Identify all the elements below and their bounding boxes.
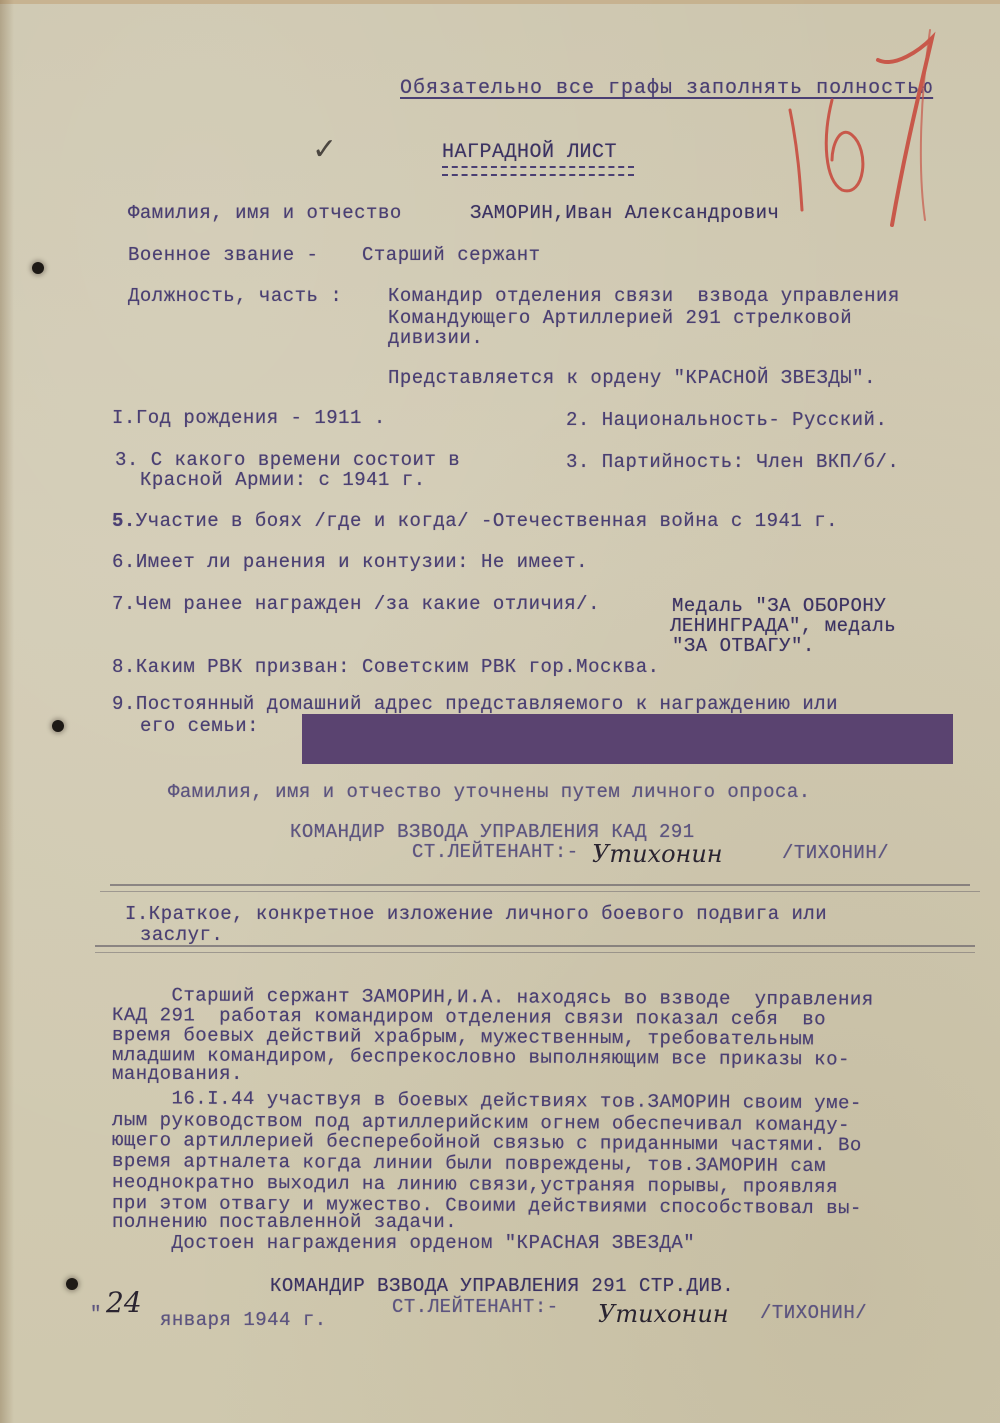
narrative-line: Достоен награждения орденом "КРАСНАЯ ЗВЕ… bbox=[112, 1233, 695, 1254]
item-text: Каким РВК призван: Советским РВК гор.Мос… bbox=[136, 656, 660, 678]
item-7-awards-line-2: ЛЕНИНГРАДА", медаль bbox=[670, 616, 896, 637]
position-label: Должность, часть : bbox=[128, 286, 342, 307]
date-open-quote: " bbox=[90, 1304, 102, 1325]
date-day-handwritten: 24 bbox=[106, 1286, 142, 1319]
red-pencil-number-annotation bbox=[770, 20, 970, 240]
item-number: 5. bbox=[112, 510, 136, 532]
item-number: 7. bbox=[112, 593, 136, 615]
item-text: Чем ранее награжден /за какие отличия/. bbox=[136, 593, 600, 615]
item-6: 6.Имеет ли ранения и контузии: Не имеет. bbox=[112, 552, 588, 573]
page-title: НАГРАДНОЙ ЛИСТ bbox=[442, 142, 617, 163]
item-number: 6. bbox=[112, 551, 136, 573]
divider-line bbox=[95, 945, 975, 947]
item-number: 3. bbox=[115, 449, 139, 471]
item-9-line-2: его семьи: bbox=[140, 716, 259, 737]
rank-label: Военное звание - bbox=[128, 245, 318, 266]
narrative-line: полнению поставленной задачи. bbox=[112, 1212, 457, 1233]
punch-hole bbox=[32, 262, 44, 274]
fio-label: Фамилия, имя и отчество bbox=[128, 203, 402, 224]
item-text: Имеет ли ранения и контузии: Не имеет. bbox=[136, 551, 588, 573]
item-text: Постоянный домашний адрес представляемог… bbox=[136, 693, 838, 715]
position-line-1: Командир отделения связи взвода управлен… bbox=[388, 286, 900, 307]
signature2-handwritten: Утихонин bbox=[598, 1300, 729, 1328]
item-7: 7.Чем ранее награжден /за какие отличия/… bbox=[112, 594, 600, 615]
item-3-service-line-1: 3. С какого времени состоит в bbox=[115, 450, 460, 471]
signature2-name: /ТИХОНИН/ bbox=[760, 1303, 867, 1324]
signature1-name: /ТИХОНИН/ bbox=[782, 843, 889, 864]
nominated-for: Представляется к ордену "КРАСНОЙ ЗВЕЗДЫ"… bbox=[388, 368, 876, 389]
item-text: С какого времени состоит в bbox=[151, 449, 460, 471]
item-2: 2. Национальность- Русский. bbox=[566, 410, 887, 431]
item-1: I.Год рождения - 1911 . bbox=[112, 408, 386, 429]
item-5: 5.Участие в боях /где и когда/ -Отечеств… bbox=[112, 511, 838, 532]
divider-line bbox=[110, 884, 970, 886]
date-month-year: января 1944 г. bbox=[160, 1310, 327, 1331]
fio-value: ЗАМОРИН,Иван Александрович bbox=[470, 203, 779, 224]
title-double-underline bbox=[442, 166, 634, 176]
item-number: 2. bbox=[566, 409, 590, 431]
item-3-service-line-2: Красной Армии: с 1941 г. bbox=[140, 470, 426, 491]
punch-hole bbox=[52, 720, 64, 732]
item-number: I. bbox=[112, 407, 136, 429]
section-heading-line-1: I.Краткое, конкретное изложение личного … bbox=[125, 904, 827, 925]
item-3-party: 3. Партийность: Член ВКП/б/. bbox=[566, 452, 899, 473]
rank-value: Старший сержант bbox=[362, 245, 541, 266]
signature2-title-line-1: КОМАНДИР ВЗВОДА УПРАВЛЕНИЯ 291 СТР.ДИВ. bbox=[270, 1276, 734, 1297]
award-sheet: Обязательно все графы заполнять полность… bbox=[0, 0, 1000, 1423]
item-text: Год рождения - 1911 . bbox=[136, 407, 386, 429]
signature1-title-line-2: СТ.ЛЕЙТЕНАНТ:- bbox=[412, 842, 579, 863]
position-line-2: Командующего Артиллерией 291 стрелковой bbox=[388, 308, 852, 329]
item-text: Партийность: Член ВКП/б/. bbox=[602, 451, 900, 473]
item-text: Участие в боях /где и когда/ -Отечествен… bbox=[136, 510, 838, 532]
divider-line bbox=[100, 891, 980, 892]
item-7-awards-line-1: Медаль "ЗА ОБОРОНУ bbox=[672, 596, 886, 617]
narrative-line: мандования. bbox=[112, 1064, 243, 1085]
check-mark: ✓ bbox=[312, 132, 337, 167]
position-line-3: дивизии. bbox=[388, 328, 483, 349]
punch-hole bbox=[66, 1278, 78, 1290]
item-number: 8. bbox=[112, 656, 136, 678]
item-number: 9. bbox=[112, 693, 136, 715]
signature1-handwritten: Утихонин bbox=[592, 840, 723, 868]
item-8: 8.Каким РВК призван: Советским РВК гор.М… bbox=[112, 657, 660, 678]
redacted-address-block bbox=[302, 714, 953, 764]
divider-line bbox=[95, 952, 975, 953]
item-number: 3. bbox=[566, 451, 590, 473]
verification-note: Фамилия, имя и отчество уточнены путем л… bbox=[168, 782, 811, 803]
item-7-awards-line-3: "ЗА ОТВАГУ". bbox=[672, 636, 815, 657]
section-heading-line-2: заслуг. bbox=[140, 925, 223, 946]
signature2-title-line-2: СТ.ЛЕЙТЕНАНТ:- bbox=[392, 1297, 559, 1318]
item-text: Национальность- Русский. bbox=[602, 409, 888, 431]
item-9-line-1: 9.Постоянный домашний адрес представляем… bbox=[112, 694, 838, 715]
